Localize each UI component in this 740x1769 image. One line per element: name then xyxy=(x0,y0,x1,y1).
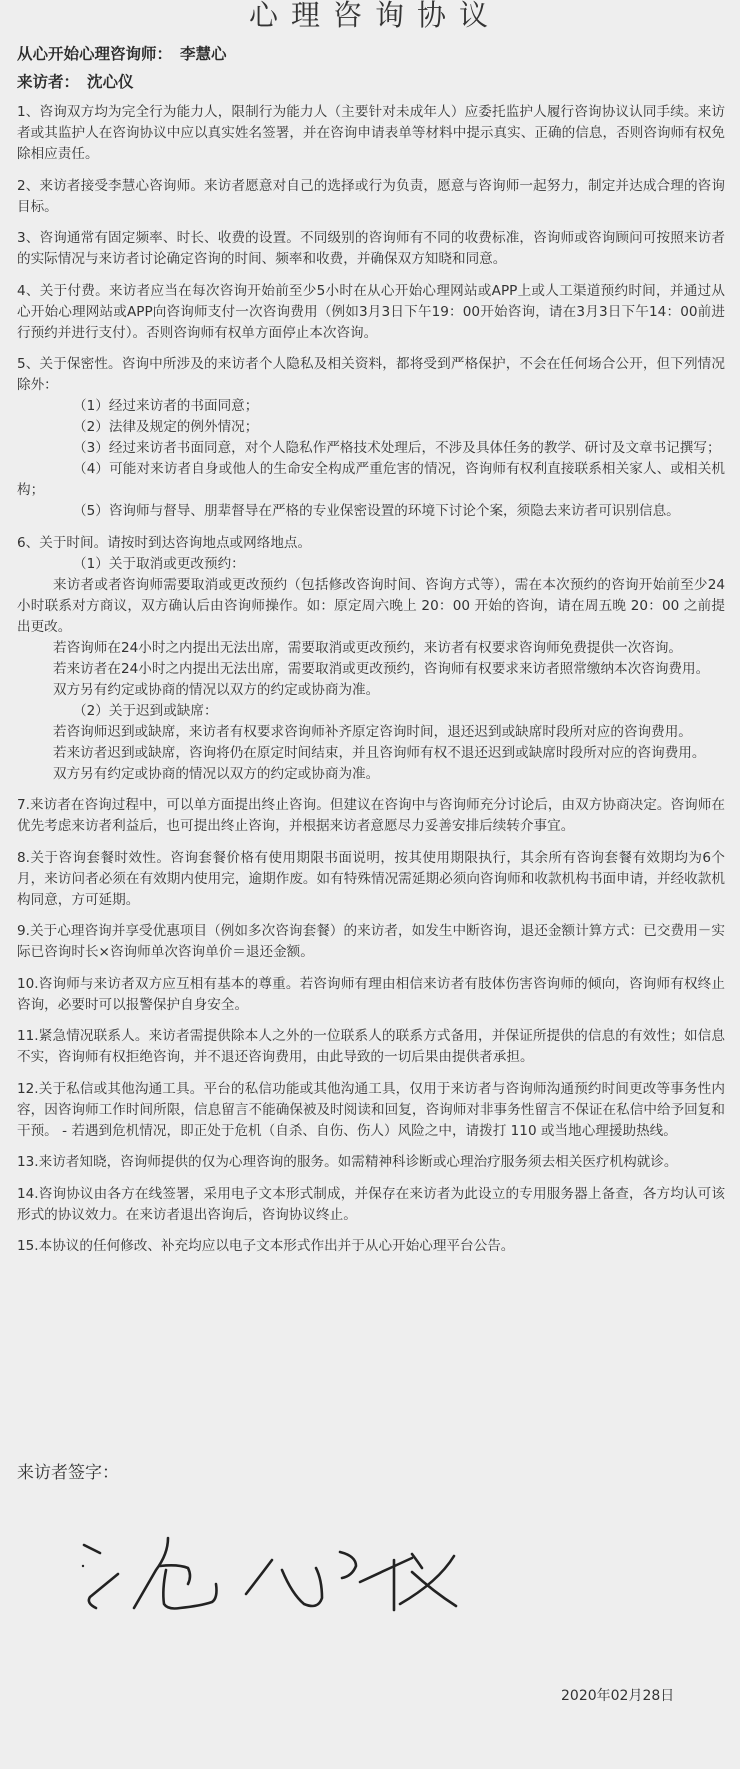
clause-4: 4、关于付费。来访者应当在每次咨询开始前至少5小时在从心开始心理网站或APP上或… xyxy=(17,281,725,344)
clause-12: 12.关于私信或其他沟通工具。平台的私信功能或其他沟通工具，仅用于来访者与咨询师… xyxy=(17,1079,725,1142)
clause-6-sub1-para-1: 来访者或者咨询师需要取消或更改预约（包括修改咨询时间、咨询方式等），需在本次预约… xyxy=(17,575,725,638)
clause-5: 5、关于保密性。咨询中所涉及的来访者个人隐私及相关资料，都将受到严格保护，不会在… xyxy=(17,354,725,396)
clause-13: 13.来访者知晓，咨询师提供的仅为心理咨询的服务。如需精神科诊断或心理治疗服务须… xyxy=(17,1152,725,1173)
clause-5-item-3: （3）经过来访者书面同意，对个人隐私作严格技术处理后，不涉及具体任务的教学、研讨… xyxy=(17,438,725,459)
agreement-page: 心理咨询协议 从心开始心理咨询师：李慧心 来访者：沈心仪 1、咨询双方均为完全行… xyxy=(0,0,740,1769)
clause-6: 6、关于时间。请按时到达咨询地点或网络地点。 xyxy=(17,533,725,554)
clause-6-sub2-para-1: 若咨询师迟到或缺席，来访者有权要求咨询师补齐原定咨询时间，退还迟到或缺席时段所对… xyxy=(17,722,725,743)
document-title: 心理咨询协议 xyxy=(0,0,740,32)
clauses-block: 1、咨询双方均为完全行为能力人，限制行为能力人（主要针对未成年人）应委托监护人履… xyxy=(17,102,725,1257)
clause-2: 2、来访者接受李慧心咨询师。来访者愿意对自己的选择或行为负责，愿意与咨询师一起努… xyxy=(17,176,725,218)
clause-14: 14.咨询协议由各方在线签署，采用电子文本形式制成，并保存在来访者为此设立的专用… xyxy=(17,1184,725,1226)
counselor-label: 从心开始心理咨询师： xyxy=(17,45,172,63)
clause-9: 9.关于心理咨询并享受优惠项目（例如多次咨询套餐）的来访者，如发生中断咨询，退还… xyxy=(17,921,725,963)
clause-5-item-4: （4）可能对来访者自身或他人的生命安全构成严重危害的情况，咨询师有权利直接联系相… xyxy=(17,459,725,501)
clause-6-sub1-para-4: 双方另有约定或协商的情况以双方的约定或协商为准。 xyxy=(17,680,725,701)
clause-8: 8.关于咨询套餐时效性。咨询套餐价格有使用期限书面说明，按其使用期限执行，其余所… xyxy=(17,848,725,911)
clause-5-item-2: （2）法律及规定的例外情况； xyxy=(17,417,725,438)
visitor-label: 来访者： xyxy=(17,73,79,91)
clause-6-sub2-para-3: 双方另有约定或协商的情况以双方的约定或协商为准。 xyxy=(17,764,725,785)
clause-15: 15.本协议的任何修改、补充均应以电子文本形式作出并于从心开始心理平台公告。 xyxy=(17,1236,725,1257)
clause-6-sub1-para-2: 若咨询师在24小时之内提出无法出席，需要取消或更改预约，来访者有权要求咨询师免费… xyxy=(17,638,725,659)
counselor-line: 从心开始心理咨询师：李慧心 xyxy=(17,43,227,65)
clause-7: 7.来访者在咨询过程中，可以单方面提出终止咨询。但建议在咨询中与咨询师充分讨论后… xyxy=(17,795,725,837)
handwritten-signature xyxy=(60,1520,480,1620)
clause-11: 11.紧急情况联系人。来访者需提供除本人之外的一位联系人的联系方式备用，并保证所… xyxy=(17,1026,725,1068)
clause-5-item-5: （5）咨询师与督导、朋辈督导在严格的专业保密设置的环境下讨论个案，须隐去来访者可… xyxy=(17,501,725,522)
clause-5-item-1: （1）经过来访者的书面同意； xyxy=(17,396,725,417)
clause-1: 1、咨询双方均为完全行为能力人，限制行为能力人（主要针对未成年人）应委托监护人履… xyxy=(17,102,725,165)
clause-6-sub2-title: （2）关于迟到或缺席： xyxy=(17,701,725,722)
visitor-line: 来访者：沈心仪 xyxy=(17,71,134,93)
signature-date: 2020年02月28日 xyxy=(561,1685,674,1707)
clause-3: 3、咨询通常有固定频率、时长、收费的设置。不同级别的咨询师有不同的收费标准，咨询… xyxy=(17,228,725,270)
clause-10: 10.咨询师与来访者双方应互相有基本的尊重。若咨询师有理由相信来访者有肢体伤害咨… xyxy=(17,974,725,1016)
signature-label: 来访者签字： xyxy=(17,1461,119,1485)
clause-6-sub1-title: （1）关于取消或更改预约： xyxy=(17,554,725,575)
counselor-name: 李慧心 xyxy=(180,45,227,63)
clause-6-sub1-para-3: 若来访者在24小时之内提出无法出席，需要取消或更改预约，咨询师有权要求来访者照常… xyxy=(17,659,725,680)
clause-6-sub2-para-2: 若来访者迟到或缺席，咨询将仍在原定时间结束，并且咨询师有权不退还迟到或缺席时段所… xyxy=(17,743,725,764)
visitor-name: 沈心仪 xyxy=(87,73,134,91)
